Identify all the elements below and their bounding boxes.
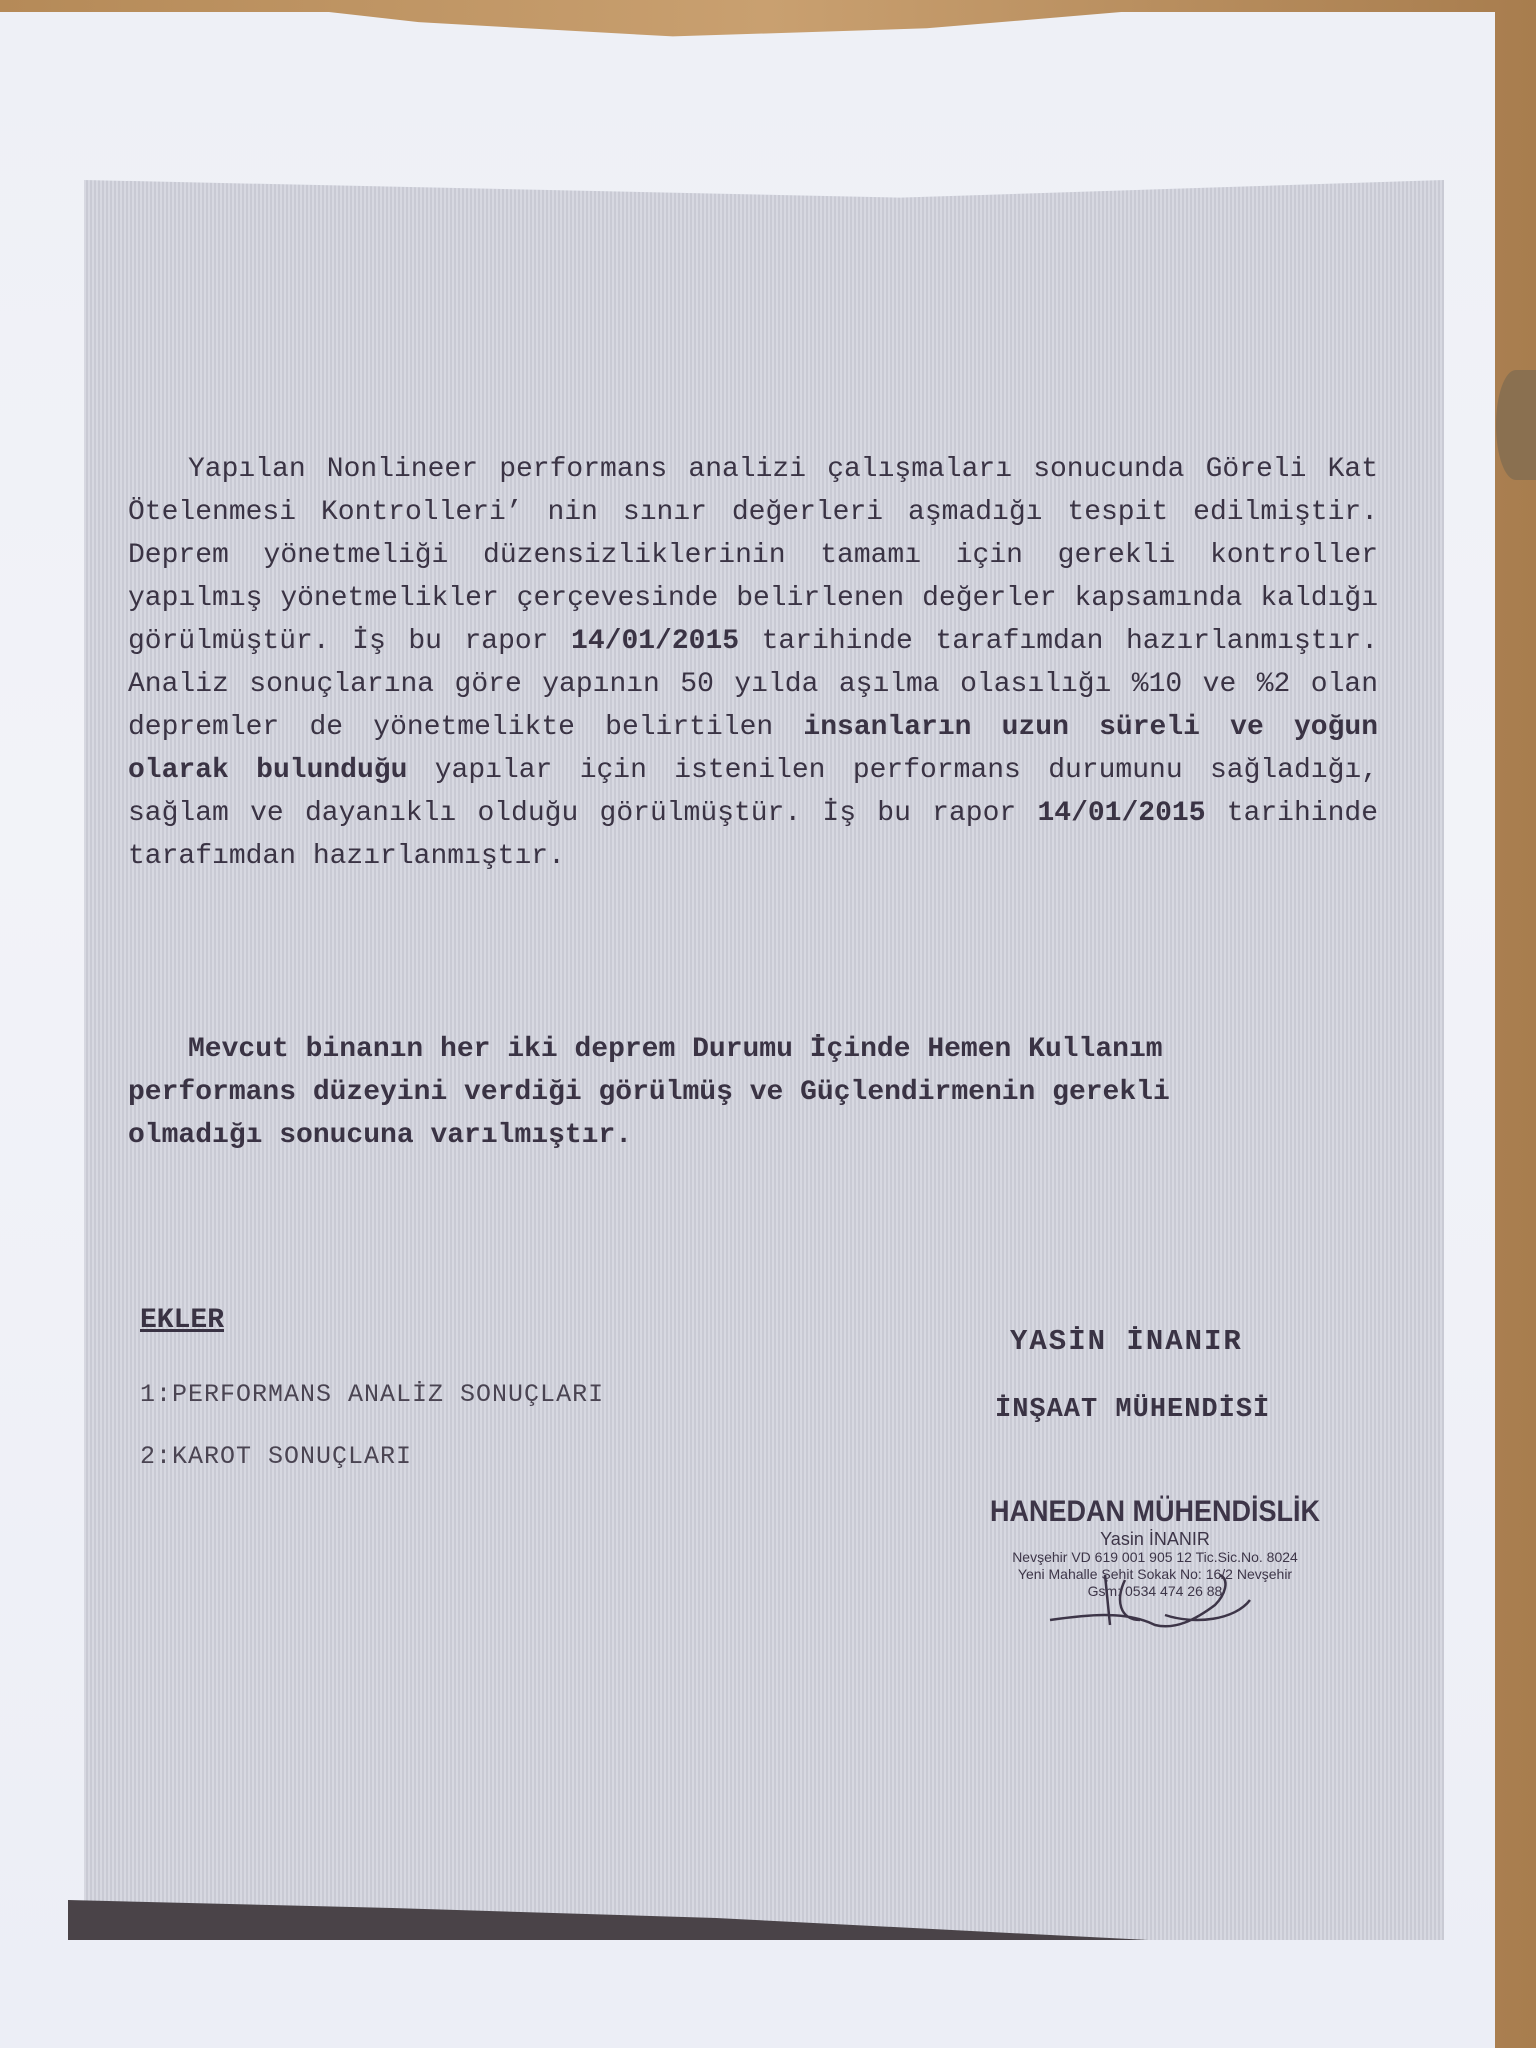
signatory-name: YASİN İNANIR bbox=[1010, 1325, 1243, 1358]
attachments-heading: EKLER bbox=[140, 1305, 224, 1336]
stamp-name: Yasin İNANIR bbox=[965, 1529, 1345, 1549]
table-surface bbox=[1496, 370, 1536, 480]
signatory-title: İNŞAAT MÜHENDİSİ bbox=[995, 1395, 1270, 1425]
body-paragraph-1: Yapılan Nonlineer performans analizi çal… bbox=[128, 448, 1378, 878]
stamp-line-1: Nevşehir VD 619 001 905 12 Tic.Sic.No. 8… bbox=[965, 1549, 1345, 1566]
report-date-2: 14/01/2015 bbox=[1037, 798, 1205, 829]
attachment-item: 2:KAROT SONUÇLARI bbox=[140, 1442, 412, 1471]
stamp-company: HANEDAN MÜHENDİSLİK bbox=[984, 1495, 1326, 1529]
handwritten-signature bbox=[1045, 1570, 1255, 1630]
report-date: 14/01/2015 bbox=[571, 626, 739, 657]
conclusion-paragraph: Mevcut binanın her iki deprem Durumu İçi… bbox=[128, 1028, 1318, 1157]
attachment-item: 1:PERFORMANS ANALİZ SONUÇLARI bbox=[140, 1380, 604, 1409]
